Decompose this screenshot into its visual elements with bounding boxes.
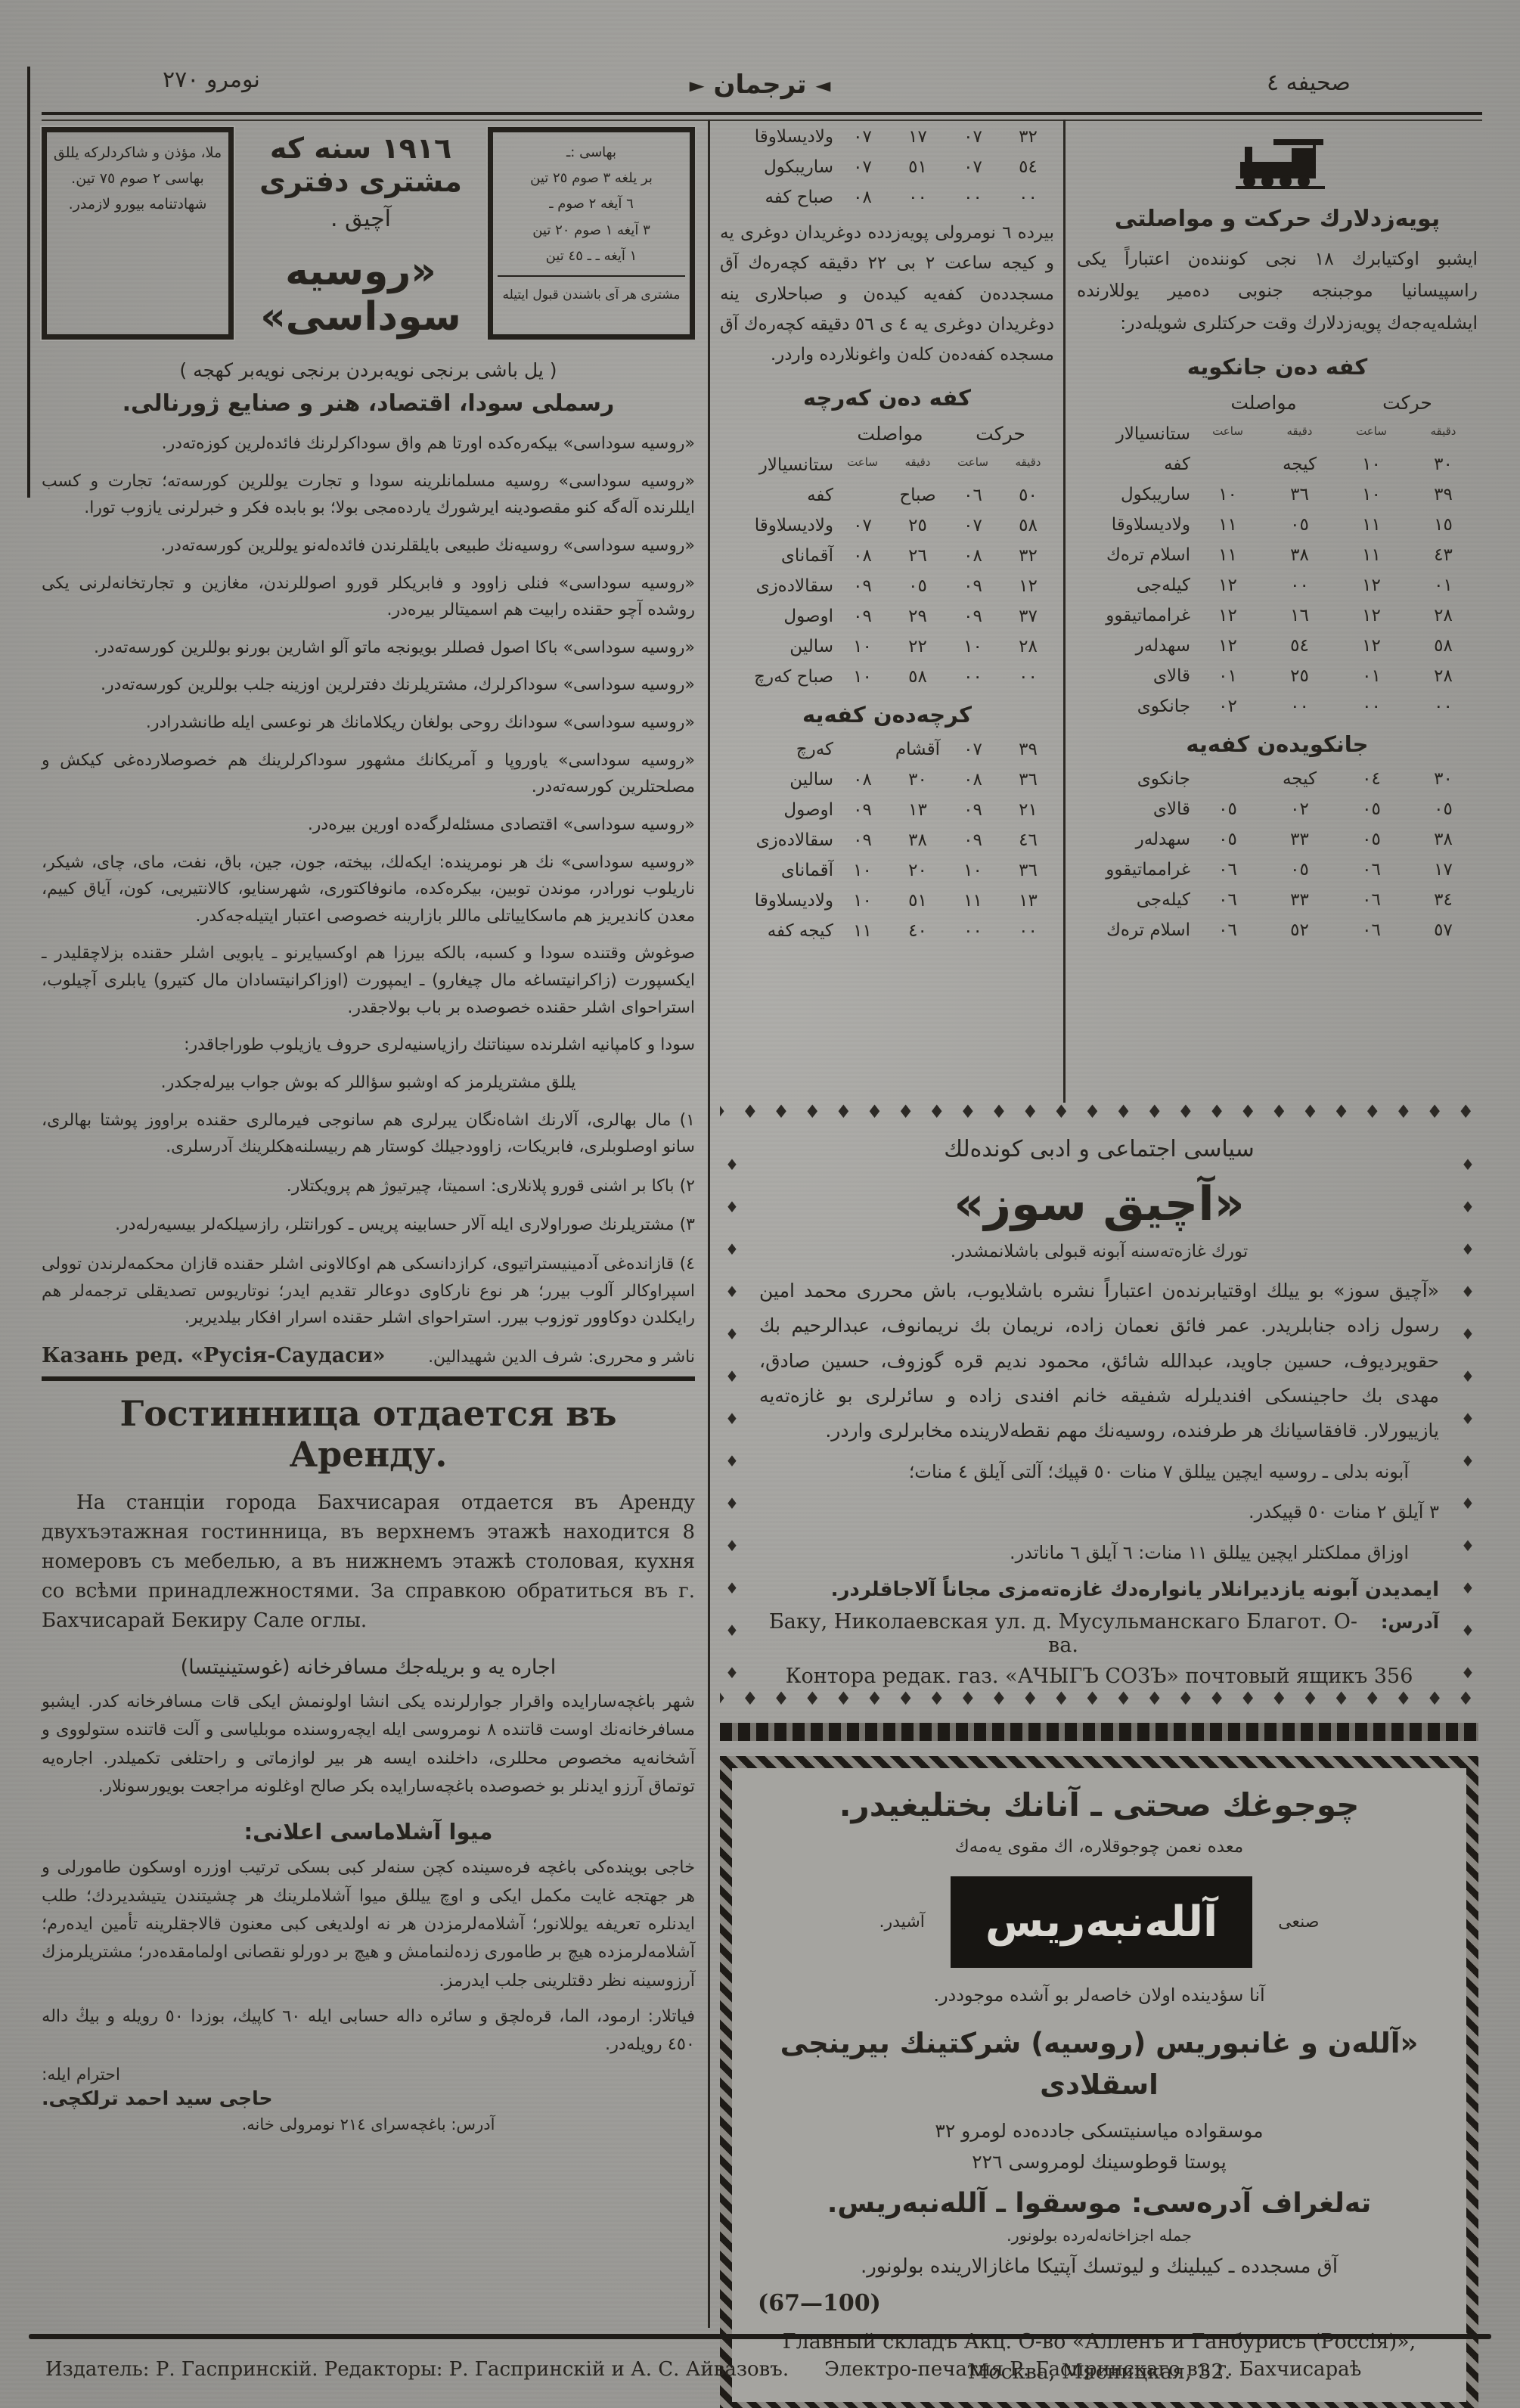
time-cell: ٠٩ [947, 576, 999, 596]
time-cell: ١٠ [836, 891, 889, 911]
station-name: كیلەجی [1077, 576, 1190, 595]
time-cell: ٢٩ [892, 607, 944, 626]
time-cell: ١١ [1337, 515, 1406, 535]
article-paragraph: «روسیه سوداسی» بیكەرەكده اورتا هم واق سو… [42, 430, 695, 458]
masthead: ◄ ترجمان ► [650, 70, 870, 100]
time-cell: ٣٣ [1265, 890, 1334, 910]
left-edge-rule [27, 67, 30, 498]
time-cell: ٣٣ [1265, 830, 1334, 849]
time-cell: ٢٨ [1002, 637, 1054, 656]
time-cell: ٣٦ [1002, 770, 1054, 790]
timetable-note: بیرده ٦ نومرولی پویەزدده دوغریدان دوغری … [720, 218, 1054, 370]
time-cell: ١٠ [836, 861, 889, 880]
time-cell: ٣٨ [1409, 830, 1478, 849]
price-line: ١ آیغه ـ ـ ٤٥ تین [498, 244, 685, 269]
middle-column: ولادیسلاوقا٠٧١٧٠٧٣٢ ساریبكول٠٧٥١٠٧٥٤ صبا… [720, 127, 1054, 948]
time-cell: ١٠ [1337, 485, 1406, 504]
rental-notice: اجاره یه و بریلەجك مسافرخانه (غوستینیتسا… [42, 1655, 695, 1801]
time-cell: ٣٦ [1265, 485, 1334, 504]
time-cell: ٠١ [1337, 666, 1406, 686]
fruit-prices: فیاتلار: ارمود، الما، قرەلچق و سائره دال… [42, 2003, 695, 2059]
hour-header: ساعت [836, 455, 889, 475]
article-paragraph: «روسیه سوداسی» اقتصادی مسئلەلرگەده اورین… [42, 811, 695, 839]
allen-company-line: «آللەن و غانبوریس (روسیه) شركتینك بیرینج… [758, 2022, 1441, 2106]
time-cell: ٣٩ [1002, 740, 1054, 759]
time-cell: ١٢ [1337, 606, 1406, 625]
time-cell: ٠٥ [892, 576, 944, 596]
time-cell: ٣٤ [1409, 890, 1478, 910]
timetable-kerch-kefe: كەرچآقشام٠٧٣٩ سالین٠٨٣٠٠٨٣٦ اوصول٠٩١٣٠٩٢… [720, 740, 1054, 941]
station-name: قالای [1077, 666, 1190, 686]
time-cell: ٠٠ [1409, 697, 1478, 716]
station-name: اسلام ترەك [1077, 545, 1190, 565]
fruit-signature: حاجی سید احمد ترلكچی. [42, 2087, 665, 2109]
time-cell: ١١ [1193, 545, 1262, 565]
time-cell: ٠٧ [836, 127, 889, 147]
station-name: آقمانای [720, 861, 833, 880]
station-name: كفه [720, 486, 833, 505]
minute-header: دقیقه [1265, 424, 1334, 444]
time-cell: ٠٨ [836, 188, 889, 207]
time-cell [836, 740, 889, 759]
station-name: ولادیسلاوقا [720, 891, 833, 911]
imprint-publisher: Издатель: Р. Гаспринскій. Редакторы: Р. … [45, 2358, 789, 2381]
time-cell: ١١ [1337, 545, 1406, 565]
publisher-line: Казань ред. «Русія-Саудаси» ناشر و محرری… [42, 1344, 695, 1367]
station-name: سقالادەزی [720, 830, 833, 850]
diamond-border-bottom: ♦ ♦ ♦ ♦ ♦ ♦ ♦ ♦ ♦ ♦ ♦ ♦ ♦ ♦ ♦ ♦ ♦ ♦ ♦ ♦ … [720, 1690, 1478, 1708]
masthead-arrow-icon: ◄ [815, 75, 830, 98]
arrive-header: مواصلت [836, 423, 944, 445]
time-cell: ١٥ [1409, 515, 1478, 535]
timetable-kefe-kerch: مواصلتحركت ستانسیالارساعتدقیقهساعتدقیقه … [720, 423, 1054, 687]
station-name: كیلەجی [1077, 890, 1190, 910]
hotel-ad-title: Гостинница отдается въ Аренду. [42, 1393, 695, 1475]
time-cell: ٠٨ [836, 546, 889, 566]
station-name: ولادیسلاوقا [720, 516, 833, 535]
time-cell: صباح [892, 486, 944, 505]
rusiye-sudasi-ad: ملا، مؤذن و شاكردلركه یللق بهاسی ٢ صوم ٧… [42, 127, 695, 340]
price-box-note: مشتری هر آی باشندن قبول ایتیله [498, 275, 685, 307]
time-cell: ٢٨ [1409, 606, 1478, 625]
time-cell: ١٠ [947, 637, 999, 656]
time-cell: ٢١ [1002, 800, 1054, 820]
time-cell: ٥٨ [892, 667, 944, 687]
time-cell: ٥١ [892, 891, 944, 911]
time-cell: ١٠ [836, 667, 889, 687]
station-name: قالای [1077, 799, 1190, 819]
time-cell: ٠٢ [1265, 799, 1334, 819]
trains-intro: ایشبو اوكتیابرك ١٨ نجی كونندەن اعتباراً … [1077, 243, 1478, 339]
kazan-editorial: Казань ред. «Русія-Саудаси» [42, 1344, 386, 1367]
time-cell: ٣٦ [1002, 861, 1054, 880]
stations-header: ستانسیالار [720, 455, 833, 475]
header-rule [42, 112, 1482, 121]
time-cell: ٣٢ [1002, 127, 1054, 147]
station-name: اسلام ترەك [1077, 920, 1190, 940]
newspaper-page: نومرو ٢٧٠ ◄ ترجمان ► صحیفه ٤ ملا، مؤذن و… [0, 0, 1520, 2408]
time-cell: ١٣ [1002, 891, 1054, 911]
time-cell: ١٧ [1409, 860, 1478, 880]
time-cell: ٠٠ [1337, 697, 1406, 716]
time-cell: ٥٨ [1002, 516, 1054, 535]
time-cell: ١٢ [1002, 576, 1054, 596]
stations-header: ستانسیالار [1077, 424, 1190, 444]
station-name: آقمانای [720, 546, 833, 566]
table-title-kerch-kefe: كرچەدەن كفەیه [720, 702, 1054, 728]
price-line: بر یلغه ٣ صوم ٢٥ تین [498, 166, 685, 191]
station-name: سهدلەر [1077, 636, 1190, 656]
allen-line: آنا سؤدینده اولان خاصەلر بو آشده موجوددر… [758, 1984, 1441, 2006]
time-cell: ٠٩ [836, 576, 889, 596]
numbered-item: ١) مال بهالری، آلارنك اشاەنگان یبرلری هم… [42, 1107, 695, 1161]
hotel-ad: Гостинница отдается въ Аренду. На станці… [42, 1393, 695, 1636]
station-name: صباح كفه [720, 188, 833, 207]
time-cell: ١٠ [1193, 485, 1262, 504]
hour-header: ساعت [1193, 424, 1262, 444]
article-promise: یللق مشتریلرمز كه اوشبو سؤاللر كه بوش جو… [42, 1069, 695, 1097]
time-cell: ٤٦ [1002, 830, 1054, 850]
time-cell: ٣٧ [1002, 607, 1054, 626]
allen-local-line: آق مسجدده ـ كیبلینك و لیوتسك آپتیكا ماغا… [758, 2255, 1441, 2278]
allen-street-line: موسقواده میاسنیتسكی جاددەده لومرو ٣٢ [758, 2120, 1441, 2142]
allenburys-ad: چوجوغك صحتی ـ آنانك بختلیغیدر. معدە نعمن… [732, 1768, 1466, 2402]
time-cell: كیجه [1265, 769, 1334, 789]
time-cell: ٠٩ [836, 830, 889, 850]
time-cell: ٥٢ [1265, 920, 1334, 940]
article-paragraph: «روسیه سوداسی» سودانك روحی بولغان ریكلام… [42, 709, 695, 737]
rental-body: شهر باغچەسارایده واقرار جوارلرنده یكی ان… [42, 1688, 695, 1801]
time-cell: ٤٣ [1409, 545, 1478, 565]
rusiye-sudasi-title: «روسیه سوداسی» [244, 249, 477, 340]
minute-header: دقیقه [1409, 424, 1478, 444]
address-label: آدرس: [1381, 1612, 1439, 1633]
year-line: ١٩١٦ سنه كه مشتری دفتری [244, 132, 477, 198]
publisher-name: ناشر و محرری: شرف الدین شهیدالین. [428, 1348, 695, 1367]
timetable-spill: ولادیسلاوقا٠٧١٧٠٧٣٢ ساریبكول٠٧٥١٠٧٥٤ صبا… [720, 127, 1054, 207]
station-name: ولادیسلاوقا [1077, 515, 1190, 535]
time-cell: ٥٤ [1002, 157, 1054, 177]
allen-subline: معدە نعمن چوجوقلاره، اك مقوی یەمەك [758, 1837, 1441, 1857]
issue-number: نومرو ٢٧٠ [163, 67, 260, 93]
time-cell: ٢٦ [892, 546, 944, 566]
diamond-border-left: ♦ ♦ ♦ ♦ ♦ ♦ ♦ ♦ ♦ ♦ ♦ ♦ ♦ ♦ ♦ ♦ ♦ ♦ [721, 1125, 741, 1685]
numbered-list: ١) مال بهالری، آلارنك اشاەنگان یبرلری هم… [42, 1107, 695, 1332]
time-cell: ١٠ [1337, 455, 1406, 474]
time-cell: ٠٨ [947, 770, 999, 790]
article-paragraph: صوغوش وقتنده سودا و كسبه، بالكه بیرزا هم… [42, 940, 695, 1021]
aciq-promo-line: ایمدیدن آبونه یازدیرانلار یانوارەدك غازە… [759, 1578, 1439, 1601]
station-name: ساریبكول [720, 157, 833, 177]
time-cell: ٠٦ [1337, 890, 1406, 910]
time-cell: ١٦ [1265, 606, 1334, 625]
fruit-body: خاجی بویندەكی باغچه فرەسینده كچن سنەلر ك… [42, 1854, 695, 1995]
time-cell: ٠٧ [836, 516, 889, 535]
allenburys-ad-border: چوجوغك صحتی ـ آنانك بختلیغیدر. معدە نعمن… [720, 1756, 1478, 2408]
time-cell: ٠٥ [1409, 799, 1478, 819]
table-title-jankoy-kefe: جانكویدەن كفەیه [1077, 731, 1478, 757]
article-paragraph: «روسیه سوداسی» فنلی زاوود و فابریكلر قور… [42, 570, 695, 624]
time-cell: ٥٤ [1265, 636, 1334, 656]
time-cell: ٥٧ [1409, 920, 1478, 940]
diamond-border-right: ♦ ♦ ♦ ♦ ♦ ♦ ♦ ♦ ♦ ♦ ♦ ♦ ♦ ♦ ♦ ♦ ♦ ♦ [1457, 1125, 1477, 1685]
allenburys-logo: آللەنبەریس [951, 1876, 1252, 1968]
time-cell: ١٢ [1193, 636, 1262, 656]
time-cell: ٠٠ [947, 188, 999, 207]
time-cell: ٥١ [892, 157, 944, 177]
time-cell: آقشام [892, 740, 944, 759]
masthead-arrow-icon: ► [690, 75, 705, 98]
time-cell: ١٢ [1337, 576, 1406, 595]
article-paragraph: «روسیه سوداسی» یاوروپا و آمریكانك مشهور … [42, 747, 695, 801]
section-rule [42, 1376, 695, 1381]
station-name: سالین [720, 770, 833, 790]
minute-header: دقیقه [1002, 455, 1054, 475]
fruit-saplings-notice: میوا آشلاماسی اعلانی: خاجی بویندەكی باغچ… [42, 1819, 695, 2133]
timetable-kefe-jankoy: مواصلتحركت ستانسیالارساعتدقیقهساعتدقیقه … [1077, 392, 1478, 716]
logo-side-word: صنعی [1278, 1913, 1319, 1932]
depart-header: حركت [1337, 392, 1478, 414]
station-name: اوصول [720, 607, 833, 626]
article-paragraph: «روسیه سوداسی» نك هر نومرینده: ایكەلك، ب… [42, 849, 695, 930]
time-cell: ١٠ [836, 637, 889, 656]
price-line: بهاسی :ـ [498, 140, 685, 166]
station-name: جانكوی [1077, 697, 1190, 716]
allen-headline: چوجوغك صحتی ـ آنانك بختلیغیدر. [758, 1786, 1441, 1823]
time-cell: ٠٧ [947, 157, 999, 177]
column-divider [1063, 119, 1066, 1103]
open-word: آچیق . [244, 206, 477, 232]
time-cell: ٠٥ [1337, 830, 1406, 849]
aciq-soz-tagline: سیاسی اجتماعی و ادبی كوندەلك [759, 1136, 1439, 1162]
time-cell: ٠٥ [1193, 830, 1262, 849]
fruit-address: آدرس: باغچەسرای ٢١٤ نومرولی خانه. [42, 2115, 695, 2133]
aciq-soz-subtitle: تورك غازەتەسنه آبونه قبولی باشلانمشدر. [759, 1242, 1439, 1261]
time-cell: ٠٨ [947, 546, 999, 566]
time-cell: ٠٦ [1337, 920, 1406, 940]
article-paragraph: «روسیه سوداسی» روسیه مسلمانلرینه سودا و … [42, 468, 695, 522]
time-cell: ٠٩ [947, 830, 999, 850]
time-cell [1193, 769, 1262, 789]
diamond-border-top: ♦ ♦ ♦ ♦ ♦ ♦ ♦ ♦ ♦ ♦ ♦ ♦ ♦ ♦ ♦ ♦ ♦ ♦ ♦ ♦ … [720, 1103, 1478, 1121]
time-cell: ٥٨ [1409, 636, 1478, 656]
column-divider [708, 119, 710, 2328]
time-cell: ٠٥ [1265, 860, 1334, 880]
time-cell: ٠٥ [1193, 799, 1262, 819]
time-cell: ٠٥ [1265, 515, 1334, 535]
station-name: كفه [1077, 455, 1190, 474]
time-cell: ٠٧ [947, 127, 999, 147]
aciq-address-row: آدرس: Баку, Николаевская ул. д. Мусульма… [759, 1610, 1439, 1657]
time-cell: ٣٠ [1409, 455, 1478, 474]
time-cell: ٠٠ [1002, 921, 1054, 941]
article-paragraph: «روسیه سوداسی» روسیەنك طبیعی بایلقلرندن … [42, 532, 695, 560]
time-cell: ١٢ [1193, 576, 1262, 595]
time-cell: ٠٥ [1337, 799, 1406, 819]
ad-center: ١٩١٦ سنه كه مشتری دفتری آچیق . «روسیه سو… [244, 127, 477, 340]
time-cell: ٠٠ [947, 667, 999, 687]
time-cell: ٠٧ [947, 516, 999, 535]
time-cell: ١١ [836, 921, 889, 941]
depart-header: حركت [947, 423, 1054, 445]
time-cell: ٠٠ [1265, 576, 1334, 595]
time-cell: ٣٢ [1002, 546, 1054, 566]
fruit-closing: احترام ایله: [42, 2065, 695, 2084]
time-cell: ٢٥ [892, 516, 944, 535]
station-name: جانكوی [1077, 769, 1190, 789]
time-cell: ٠١ [1193, 666, 1262, 686]
imprint-printer: Электро-печатня Р. Гаспринскаго въ г. Ба… [824, 2358, 1361, 2381]
hotel-ad-body: На станціи города Бахчисарая отдается въ… [42, 1488, 695, 1636]
time-cell: ٠٠ [1002, 667, 1054, 687]
aciq-price-line: اوزاق مملكتلر ایچین ییللق ١١ منات: ٦ آیل… [759, 1537, 1439, 1569]
station-name: كیجه كفه [720, 921, 833, 941]
locomotive-icon [1077, 133, 1478, 195]
time-cell: ٠٩ [836, 607, 889, 626]
time-cell: ٣٩ [1409, 485, 1478, 504]
time-cell: ٠٠ [947, 921, 999, 941]
station-name: سهدلەر [1077, 830, 1190, 849]
allen-pharmacies-line: جمله اجزاخانەلەرده بولونور. [758, 2226, 1441, 2245]
time-cell: ٣٠ [892, 770, 944, 790]
time-cell: ١٣ [892, 800, 944, 820]
time-cell: ٠٠ [892, 188, 944, 207]
rental-heading: اجاره یه و بریلەجك مسافرخانه (غوستینیتسا… [42, 1655, 695, 1679]
timetable-jankoy-kefe: جانكویكیجه٠٤٣٠ قالای٠٥٠٢٠٥٠٥ سهدلەر٠٥٣٣٠… [1077, 769, 1478, 940]
station-name: كەرچ [720, 740, 833, 759]
time-cell: ٠٦ [1337, 860, 1406, 880]
time-cell [1193, 455, 1262, 474]
time-cell: ١١ [1193, 515, 1262, 535]
fruit-heading: میوا آشلاماسی اعلانی: [42, 1819, 695, 1845]
time-cell: ٠٢ [1193, 697, 1262, 716]
time-cell: ٣٨ [1265, 545, 1334, 565]
time-cell: ٠٦ [947, 486, 999, 505]
time-cell: ٠٩ [947, 800, 999, 820]
time-cell: ٠٤ [1337, 769, 1406, 789]
time-cell: ٢٠ [892, 861, 944, 880]
time-cell: ٣٨ [892, 830, 944, 850]
time-cell [836, 486, 889, 505]
aciq-soz-title: «آچیق سوز» [759, 1176, 1439, 1231]
aciq-address-office: Контора редак. газ. «АЧЫГЪ СОЗЪ» почтовы… [759, 1665, 1439, 1688]
footer-rule [29, 2334, 1491, 2339]
numbered-item: ٣) مشتریلرنك صوراولاری ایله آلار حسابینه… [42, 1212, 695, 1239]
time-cell: ١٠ [947, 861, 999, 880]
table-title-kefe-jankoy: كفه دەن جانكویه [1077, 354, 1478, 380]
time-cell: ٠٩ [947, 607, 999, 626]
station-name: ساریبكول [1077, 485, 1190, 504]
time-cell: ٠٦ [1193, 860, 1262, 880]
bottom-right-section: ♦ ♦ ♦ ♦ ♦ ♦ ♦ ♦ ♦ ♦ ♦ ♦ ♦ ♦ ♦ ♦ ♦ ♦ ♦ ♦ … [720, 1103, 1478, 2408]
hour-header: ساعت [1337, 424, 1406, 444]
masthead-title: ترجمان [713, 70, 806, 100]
allen-postbox-line: پوستا قوطوسینك لومروسی ٢٢٦ [758, 2151, 1441, 2173]
subscription-price-box: بهاسی :ـ بر یلغه ٣ صوم ٢٥ تین ٦ آیغه ٢ ص… [488, 127, 695, 340]
ad-subtitle: رسملی سودا، اقتصاد، هنر و صنایع ژورنالی. [42, 390, 695, 417]
aciq-address-baku: Баку, Николаевская ул. д. Мусульманскаго… [759, 1610, 1367, 1657]
logo-side-word: آشیدر. [879, 1913, 925, 1932]
arrive-header: مواصلت [1193, 392, 1334, 414]
article-paragraph: «روسیه سوداسی» باكا اصول فصللر بویونجه م… [42, 635, 695, 662]
article-paragraph: «روسیه سوداسی» سوداكرلرك، مشتریلرنك دفتر… [42, 672, 695, 699]
price-line: ٣ آیغه ١ صوم ٢٠ تین [498, 218, 685, 244]
station-name: ولادیسلاوقا [720, 127, 833, 147]
time-cell: ٠٧ [836, 157, 889, 177]
station-name: غرامماتیقوو [1077, 860, 1190, 880]
time-cell: ٠٦ [1193, 890, 1262, 910]
time-cell: ٢٥ [1265, 666, 1334, 686]
station-name: سالین [720, 637, 833, 656]
allen-telegraph-line: تەلغراف آدرەسی: موسقوا ـ آللەنبەریس. [758, 2188, 1441, 2219]
hour-header: ساعت [947, 455, 999, 475]
time-cell: ٤٠ [892, 921, 944, 941]
left-column: ملا، مؤذن و شاكردلركه یللق بهاسی ٢ صوم ٧… [42, 127, 695, 2133]
numbered-item: ٤) قازاندەغی آدمینیستراتیوی، كرازدانسكی … [42, 1251, 695, 1332]
rusiye-sudasi-article: «روسیه سوداسی» بیكەرەكده اورتا هم واق سو… [42, 430, 695, 1097]
article-note: سودا و كامپانیه اشلرنده سیناتنك رازیاسنی… [42, 1032, 695, 1059]
trains-section-title: پویەزدلارك حركت و مواصلتی [1077, 206, 1478, 232]
ad-subtitle: ( یل باشی برنجی نویەبردن برنجی نویەبر كه… [42, 359, 695, 381]
price-line: ٦ آیغه ٢ صوم ـ [498, 191, 685, 217]
ad-reference-number: (67—100) [758, 2290, 1441, 2316]
time-cell: ١٢ [1337, 636, 1406, 656]
aciq-price-line: ٣ آیلق ٢ منات ٥٠ قپیكدر. [759, 1496, 1439, 1528]
time-cell: ٠٦ [1193, 920, 1262, 940]
aciq-soz-body: «آچیق سوز» بو ییلك اوقتیابرندەن اعتباراً… [759, 1274, 1439, 1448]
station-name: صباح كەرچ [720, 667, 833, 687]
time-cell: ٢٢ [892, 637, 944, 656]
ornamental-separator [720, 1723, 1478, 1741]
time-cell: كیجه [1265, 455, 1334, 474]
time-cell: ٠٠ [1265, 697, 1334, 716]
time-cell: ١١ [947, 891, 999, 911]
aciq-soz-box: ♦ ♦ ♦ ♦ ♦ ♦ ♦ ♦ ♦ ♦ ♦ ♦ ♦ ♦ ♦ ♦ ♦ ♦ ♦ ♦ … [720, 1103, 1478, 1708]
minute-header: دقیقه [892, 455, 944, 475]
time-cell: ٠١ [1409, 576, 1478, 595]
time-cell: ٣٠ [1409, 769, 1478, 789]
allen-logo-row: صنعی آللەنبەریس آشیدر. [758, 1876, 1441, 1968]
page-number: صحیفه ٤ [1267, 70, 1351, 96]
station-name: اوصول [720, 800, 833, 820]
time-cell: ٠٩ [836, 800, 889, 820]
table-title-kefe-kerch: كفه دەن كەرچه [720, 385, 1054, 411]
time-cell: ٠٠ [1002, 188, 1054, 207]
aciq-price-line: آبونه بدلی ـ روسیه ایچین ییللق ٧ منات ٥٠… [759, 1456, 1439, 1488]
time-cell: ١٢ [1193, 606, 1262, 625]
time-cell: ٢٨ [1409, 666, 1478, 686]
right-column: پویەزدلارك حركت و مواصلتی ایشبو اوكتیابر… [1077, 127, 1478, 948]
time-cell: ٠٧ [947, 740, 999, 759]
teachers-price-box: ملا، مؤذن و شاكردلركه یللق بهاسی ٢ صوم ٧… [42, 127, 234, 340]
numbered-item: ٢) باكا بر اشنی قورو پلانلاری: اسمیتا، چ… [42, 1173, 695, 1200]
time-cell: ٠٨ [836, 770, 889, 790]
station-name: سقالادەزی [720, 576, 833, 596]
station-name: غرامماتیقوو [1077, 606, 1190, 625]
time-cell: ١٧ [892, 127, 944, 147]
time-cell: ٥٠ [1002, 486, 1054, 505]
